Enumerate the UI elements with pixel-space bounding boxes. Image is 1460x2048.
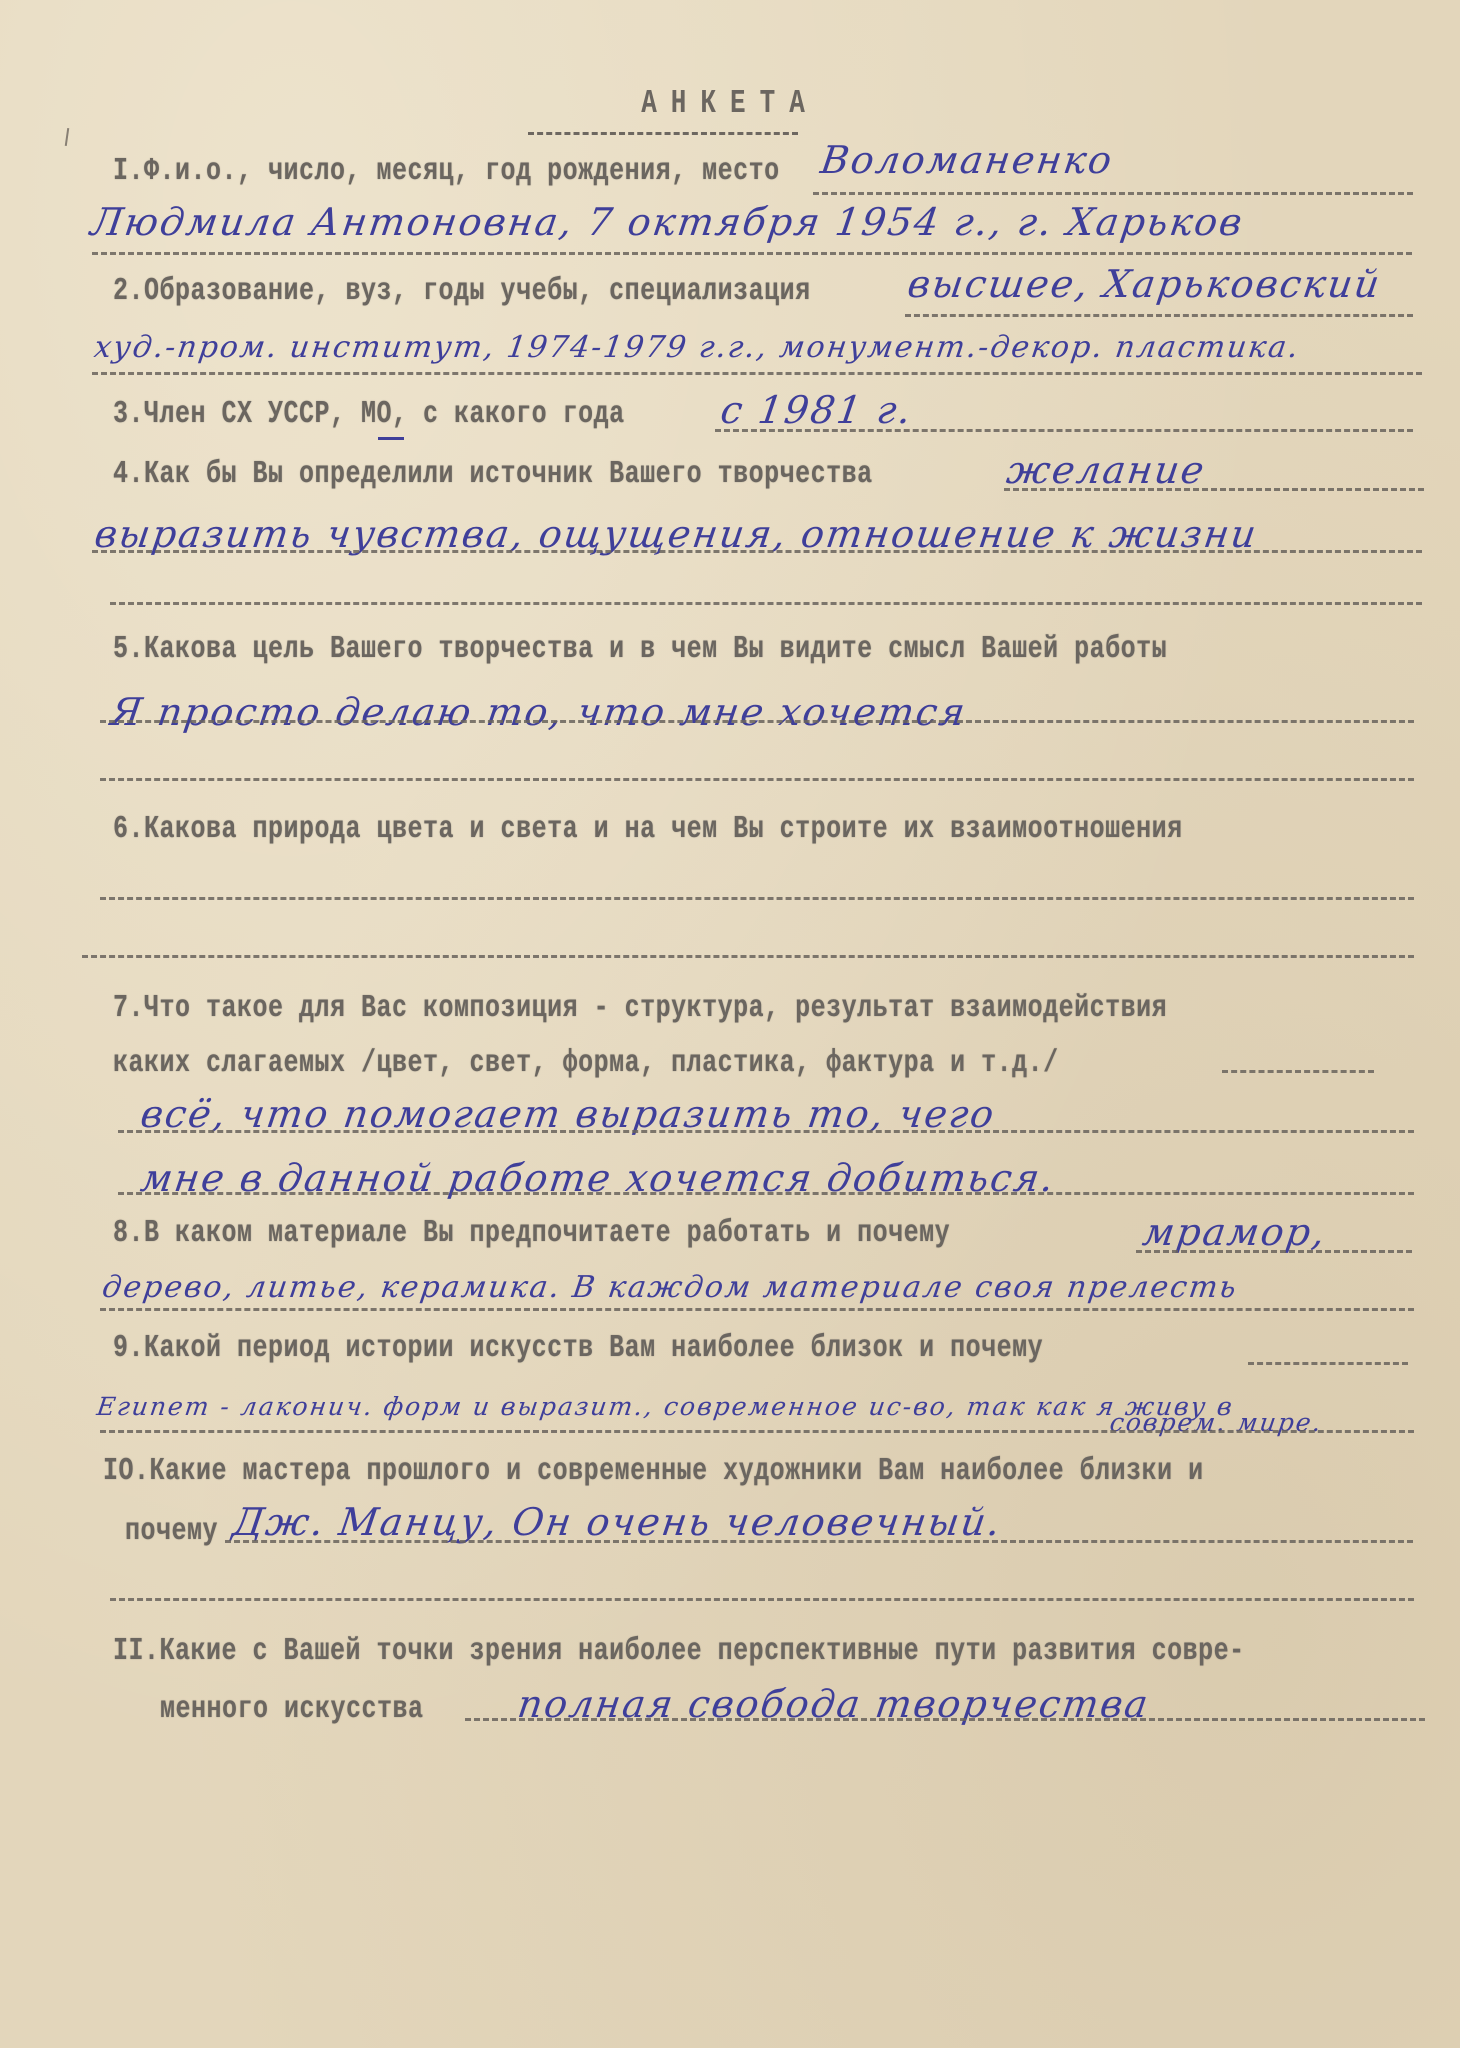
- question-8-text: 8.В каком материале Вы предпочитаете раб…: [113, 1215, 950, 1251]
- answer-2-line-2: худ.-пром. институт, 1974-1979 г.г., мон…: [92, 330, 1302, 365]
- answer-line: [100, 897, 1414, 900]
- answer-8-line-2: дерево, литье, керамика. В каждом матери…: [100, 1270, 1240, 1305]
- answer-line: [82, 955, 1414, 958]
- answer-line: [1136, 1250, 1412, 1253]
- answer-line: [110, 602, 1422, 605]
- answer-line: [100, 778, 1414, 781]
- question-7-text-line-2: каких слагаемых /цвет, свет, форма, плас…: [113, 1045, 1059, 1081]
- question-7-text-line-1: 7.Что такое для Вас композиция - структу…: [113, 990, 1167, 1026]
- answer-1-line-2: Людмила Антоновна, 7 октября 1954 г., г.…: [88, 200, 1247, 244]
- answer-line: [1004, 488, 1424, 491]
- question-2-text: 2.Образование, вуз, годы учебы, специали…: [113, 273, 811, 309]
- question-4-text: 4.Как бы Вы определили источник Вашего т…: [113, 456, 873, 492]
- answer-line: [225, 1540, 1413, 1543]
- answer-line: [92, 252, 1412, 255]
- answer-line: [100, 1430, 1414, 1433]
- answer-4-line-1: желание: [1004, 448, 1209, 492]
- answer-line: [110, 1598, 1414, 1601]
- answer-line: [118, 1192, 1414, 1195]
- question-11-text-line-2: менного искусства: [160, 1691, 424, 1727]
- answer-2-line-1: высшее, Харьковский: [905, 262, 1384, 306]
- answer-line: [92, 550, 1422, 553]
- answer-3: с 1981 г.: [718, 388, 916, 432]
- mo-underline-mark: [378, 437, 404, 440]
- answer-line: [715, 429, 1413, 432]
- question-10-text-line-2: почему: [125, 1513, 218, 1549]
- answer-line: [1222, 1070, 1374, 1073]
- answer-line: [118, 1130, 1414, 1133]
- answer-1-line-1: Воломаненко: [818, 138, 1116, 182]
- question-1-text: I.Ф.и.о., число, месяц, год рождения, ме…: [113, 153, 780, 189]
- answer-5: Я просто делаю то, что мне хочется: [108, 690, 970, 734]
- answer-line: [92, 372, 1422, 375]
- question-6-text: 6.Какова природа цвета и света и на чем …: [113, 811, 1183, 847]
- answer-line: [813, 192, 1413, 195]
- question-10-text-line-1: IO.Какие мастера прошлого и современные …: [103, 1453, 1204, 1489]
- answer-8-line-1: мрамор,: [1140, 1210, 1329, 1254]
- title-underline: [528, 132, 798, 135]
- question-9-text: 9.Какой период истории искусств Вам наиб…: [113, 1330, 1043, 1366]
- answer-9-line-1: Египет - лаконич. форм и выразит., совре…: [95, 1392, 1236, 1421]
- answer-line: [1248, 1362, 1408, 1365]
- answer-line: [100, 1308, 1414, 1311]
- answer-line: [100, 720, 1414, 723]
- answer-10: Дж. Манцу, Он очень человечный.: [230, 1500, 1005, 1544]
- page-title: АНКЕТА: [0, 84, 1460, 123]
- answer-line: [905, 314, 1413, 317]
- question-11-text-line-1: II.Какие с Вашей точки зрения наиболее п…: [113, 1633, 1245, 1669]
- question-5-text: 5.Какова цель Вашего творчества и в чем …: [113, 631, 1167, 667]
- pen-mark: [65, 128, 69, 146]
- answer-line: [465, 1718, 1425, 1721]
- question-3-text: 3.Член СХ УССР, МО, с какого года: [113, 396, 625, 432]
